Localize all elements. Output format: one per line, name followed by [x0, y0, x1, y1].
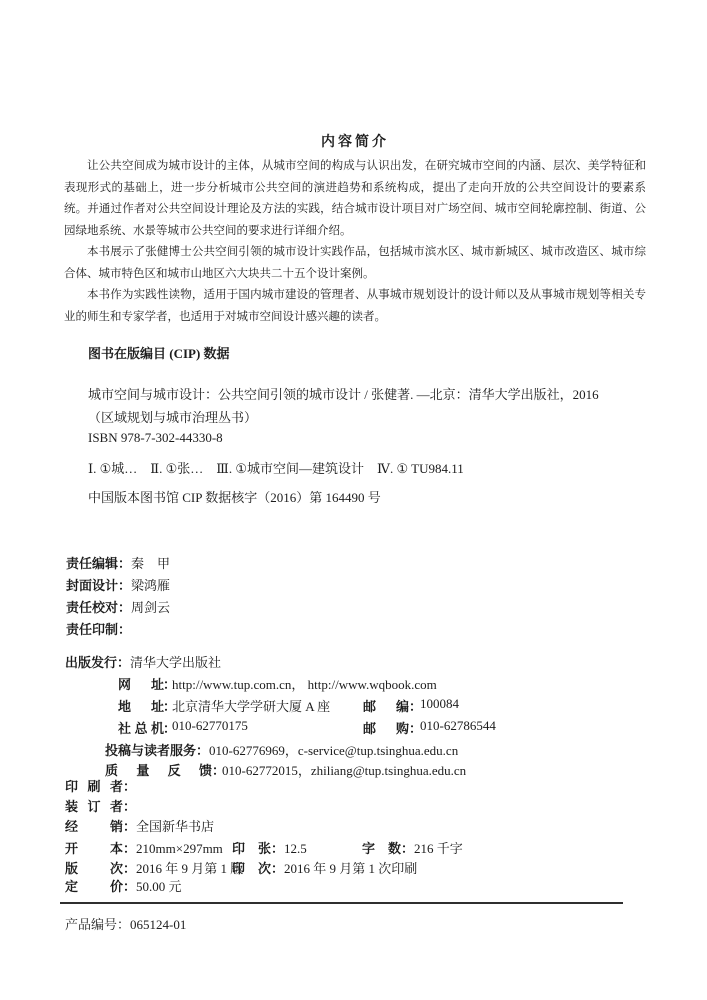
credit-row-proofreader: 责任校对：周剑云: [66, 597, 170, 616]
credit-label: 责任校对: [66, 600, 118, 615]
reader-service-label: 投稿与读者服务: [105, 743, 196, 758]
price-label: 定价: [65, 876, 123, 895]
switchboard-label: 社总机: [118, 718, 164, 737]
cip-registry-line: 中国版本图书馆 CIP 数据核字（2016）第 164490 号: [88, 487, 381, 506]
distributor-row: 经销：全国新华书店: [65, 816, 665, 838]
impression-label: 印次: [232, 858, 271, 877]
distributor-label: 经销: [65, 816, 123, 835]
credit-value: 周剑云: [131, 600, 170, 615]
mailorder-value: 010-62786544: [420, 718, 496, 734]
colon: ：: [123, 779, 136, 794]
reader-service-row: 投稿与读者服务：010-62776969，c-service@tup.tsing…: [65, 740, 665, 762]
website-label: 网址: [118, 674, 164, 693]
publisher-row: 出版发行：清华大学出版社: [65, 652, 665, 674]
sheets-value: 12.5: [284, 841, 307, 856]
book-copyright-page: 内容简介 让公共空间成为城市设计的主体，从城市空间的构成与认识出发，在研究城市空…: [0, 0, 707, 1000]
credit-label: 责任编辑: [66, 556, 118, 571]
cip-isbn-line: ISBN 978-7-302-44330-8: [88, 430, 223, 446]
colon: ：: [123, 799, 136, 814]
colon: ：: [118, 556, 131, 571]
intro-paragraph: 本书作为实践性读物，适用于国内城市建设的管理者、从事城市规划设计的设计师以及从事…: [64, 285, 646, 328]
switchboard-row: 社总机 ： 010-62770175 邮购 ： 010-62786544: [65, 718, 665, 740]
reader-service-value: 010-62776969，c-service@tup.tsinghua.edu.…: [209, 743, 458, 758]
address-value: 北京清华大学学研大厦 A 座: [172, 696, 330, 715]
product-number-line: 产品编号：065124-01: [65, 914, 186, 933]
colon: ：: [117, 655, 130, 670]
impression-group: 印次：2016 年 9 月第 1 次印刷: [232, 858, 417, 877]
intro-section-title: 内容简介: [65, 131, 645, 151]
binder-label: 装订者: [65, 796, 123, 815]
credit-row-print-supervisor: 责任印制：: [66, 619, 131, 638]
zipcode-label: 邮编: [363, 696, 409, 715]
intro-section: 让公共空间成为城市设计的主体，从城市空间的构成与认识出发，在研究城市空间的内涵、…: [64, 156, 646, 328]
switchboard-value: 010-62770175: [172, 718, 248, 734]
credit-value: 秦 甲: [131, 556, 170, 571]
colon: ：: [118, 600, 131, 615]
impression-value: 2016 年 9 月第 1 次印刷: [284, 861, 417, 876]
colon: ：: [401, 841, 414, 856]
edition-label: 版次: [65, 858, 123, 877]
binder-row: 装订者：: [65, 796, 665, 818]
address-label: 地址: [118, 696, 164, 715]
wordcount-value: 216 千字: [414, 841, 463, 856]
colon: ：: [118, 578, 131, 593]
website-value: http://www.tup.com.cn， http://www.wqbook…: [172, 674, 437, 693]
colon: ：: [118, 622, 131, 637]
colon: ：: [123, 879, 136, 894]
distributor-value: 全国新华书店: [136, 819, 214, 834]
cip-series-line: （区域规划与城市治理丛书）: [88, 407, 257, 426]
cip-classification-line: Ⅰ. ①城… Ⅱ. ①张… Ⅲ. ①城市空间—建筑设计 Ⅳ. ① TU984.1…: [88, 458, 464, 477]
credit-label: 责任印制: [66, 622, 118, 637]
credit-value: 梁鸿雁: [131, 578, 170, 593]
format-value: 210mm×297mm: [136, 841, 223, 856]
credit-label: 封面设计: [66, 578, 118, 593]
mailorder-label: 邮购: [363, 718, 409, 737]
colon: ：: [123, 841, 136, 856]
reader-service-line: 投稿与读者服务：010-62776969，c-service@tup.tsing…: [105, 740, 458, 759]
intro-paragraph: 让公共空间成为城市设计的主体，从城市空间的构成与认识出发，在研究城市空间的内涵、…: [64, 156, 646, 242]
format-row: 开本：210mm×297mm 印张：12.5 字数：216 千字: [65, 838, 665, 860]
sheets-group: 印张：12.5: [232, 838, 307, 857]
colon: ：: [117, 917, 130, 932]
colon: ：: [123, 861, 136, 876]
colon: ：: [196, 743, 209, 758]
intro-paragraph: 本书展示了张健博士公共空间引领的城市设计实践作品，包括城市滨水区、城市新城区、城…: [64, 242, 646, 285]
product-number-label: 产品编号: [65, 917, 117, 932]
publisher-name: 清华大学出版社: [130, 655, 221, 670]
divider-rule: [60, 902, 623, 904]
address-row: 地址 ： 北京清华大学学研大厦 A 座 邮编 ： 100084: [65, 696, 665, 718]
price-row: 定价：50.00 元: [65, 876, 665, 898]
price-value: 50.00 元: [136, 879, 182, 894]
colon: ：: [271, 861, 284, 876]
zipcode-value: 100084: [420, 696, 459, 712]
printer-row: 印刷者：: [65, 776, 665, 798]
edition-value: 2016 年 9 月第 1 版: [136, 861, 243, 876]
product-number-value: 065124-01: [130, 917, 186, 932]
format-label: 开本: [65, 838, 123, 857]
colon: ：: [123, 819, 136, 834]
cip-title-line: 城市空间与城市设计：公共空间引领的城市设计 / 张健著. —北京：清华大学出版社…: [88, 384, 599, 403]
printer-label: 印刷者: [65, 776, 123, 795]
sheets-label: 印张: [232, 838, 271, 857]
publisher-label: 出版发行: [65, 655, 117, 670]
wordcount-label: 字数: [362, 838, 401, 857]
website-row: 网址 ： http://www.tup.com.cn， http://www.w…: [65, 674, 665, 696]
colon: ：: [271, 841, 284, 856]
credit-row-editor: 责任编辑：秦 甲: [66, 553, 170, 572]
wordcount-group: 字数：216 千字: [362, 838, 463, 857]
credit-row-cover-design: 封面设计：梁鸿雁: [66, 575, 170, 594]
cip-heading: 图书在版编目 (CIP) 数据: [88, 343, 230, 362]
